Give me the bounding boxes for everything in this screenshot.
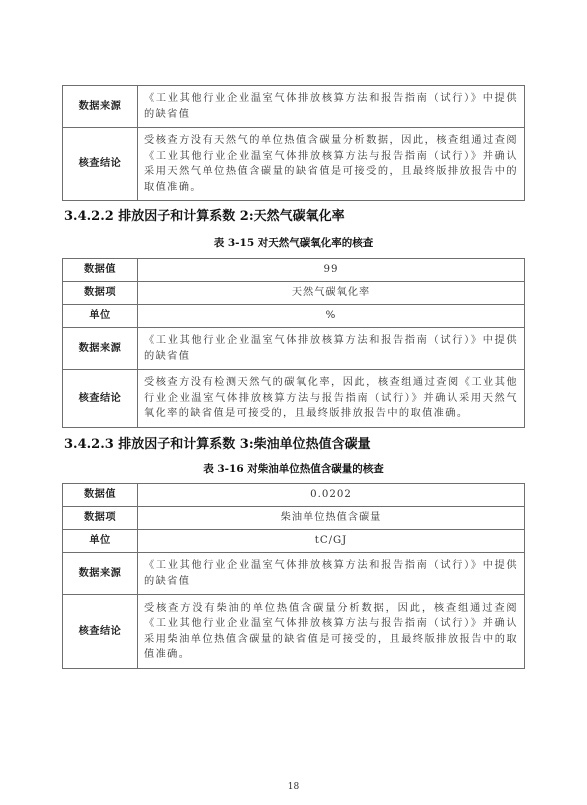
table-3-15: 数据值 99 数据项 天然气碳氧化率 单位 % 数据来源 《工业其他行业企业温室…	[62, 258, 525, 428]
row-value: 0.0202	[138, 484, 525, 507]
table-row: 数据来源 《工业其他行业企业温室气体排放核算方法和报告指南（试行）》中提供的缺省…	[63, 553, 525, 595]
row-value: 受核查方没有检测天然气的碳氧化率，因此，核查组通过查阅《工业其他行业企业温室气体…	[138, 370, 525, 428]
row-label: 单位	[63, 530, 138, 553]
row-label: 核查结论	[63, 595, 138, 669]
row-label: 数据值	[63, 259, 138, 282]
table-caption: 表 3-15 对天然气碳氧化率的核查	[0, 235, 587, 250]
row-label: 核查结论	[63, 128, 138, 201]
row-value: 受核查方没有柴油的单位热值含碳量分析数据，因此，核查组通过查阅《工业其他行业企业…	[138, 595, 525, 669]
document-page: 数据来源 《工业其他行业企业温室气体排放核算方法和报告指南（试行）》中提供的缺省…	[0, 0, 587, 805]
row-value: 柴油单位热值含碳量	[138, 507, 525, 530]
row-label: 数据来源	[63, 328, 138, 370]
table-row: 核查结论 受核查方没有柴油的单位热值含碳量分析数据，因此，核查组通过查阅《工业其…	[63, 595, 525, 669]
row-value: 99	[138, 259, 525, 282]
row-value: 天然气碳氧化率	[138, 282, 525, 305]
table-row: 核查结论 受核查方没有检测天然气的碳氧化率，因此，核查组通过查阅《工业其他行业企…	[63, 370, 525, 428]
row-label: 数据来源	[63, 553, 138, 595]
table-row: 单位 %	[63, 305, 525, 328]
table-caption: 表 3-16 对柴油单位热值含碳量的核查	[0, 461, 587, 476]
row-label: 数据来源	[63, 86, 138, 128]
row-label: 核查结论	[63, 370, 138, 428]
page-number: 18	[0, 782, 587, 792]
row-label: 单位	[63, 305, 138, 328]
row-label: 数据值	[63, 484, 138, 507]
row-value: 《工业其他行业企业温室气体排放核算方法和报告指南（试行）》中提供的缺省值	[138, 553, 525, 595]
row-label: 数据项	[63, 282, 138, 305]
row-value: tC/GJ	[138, 530, 525, 553]
table-row: 数据项 天然气碳氧化率	[63, 282, 525, 305]
table-row: 数据来源 《工业其他行业企业温室气体排放核算方法和报告指南（试行）》中提供的缺省…	[63, 328, 525, 370]
row-label: 数据项	[63, 507, 138, 530]
table-row: 数据来源 《工业其他行业企业温室气体排放核算方法和报告指南（试行）》中提供的缺省…	[63, 86, 525, 128]
row-value: 《工业其他行业企业温室气体排放核算方法和报告指南（试行）》中提供的缺省值	[138, 86, 525, 128]
table-prev-continued: 数据来源 《工业其他行业企业温室气体排放核算方法和报告指南（试行）》中提供的缺省…	[62, 85, 525, 201]
table-row: 数据值 99	[63, 259, 525, 282]
table-row: 单位 tC/GJ	[63, 530, 525, 553]
table-3-16: 数据值 0.0202 数据项 柴油单位热值含碳量 单位 tC/GJ 数据来源 《…	[62, 483, 525, 669]
table-row: 数据项 柴油单位热值含碳量	[63, 507, 525, 530]
section-heading: 3.4.2.3 排放因子和计算系数 3:柴油单位热值含碳量	[64, 433, 371, 452]
table-row: 数据值 0.0202	[63, 484, 525, 507]
row-value: 受核查方没有天然气的单位热值含碳量分析数据，因此，核查组通过查阅《工业其他行业企…	[138, 128, 525, 201]
row-value: %	[138, 305, 525, 328]
table-row: 核查结论 受核查方没有天然气的单位热值含碳量分析数据，因此，核查组通过查阅《工业…	[63, 128, 525, 201]
section-heading: 3.4.2.2 排放因子和计算系数 2:天然气碳氧化率	[64, 205, 345, 224]
row-value: 《工业其他行业企业温室气体排放核算方法和报告指南（试行）》中提供的缺省值	[138, 328, 525, 370]
